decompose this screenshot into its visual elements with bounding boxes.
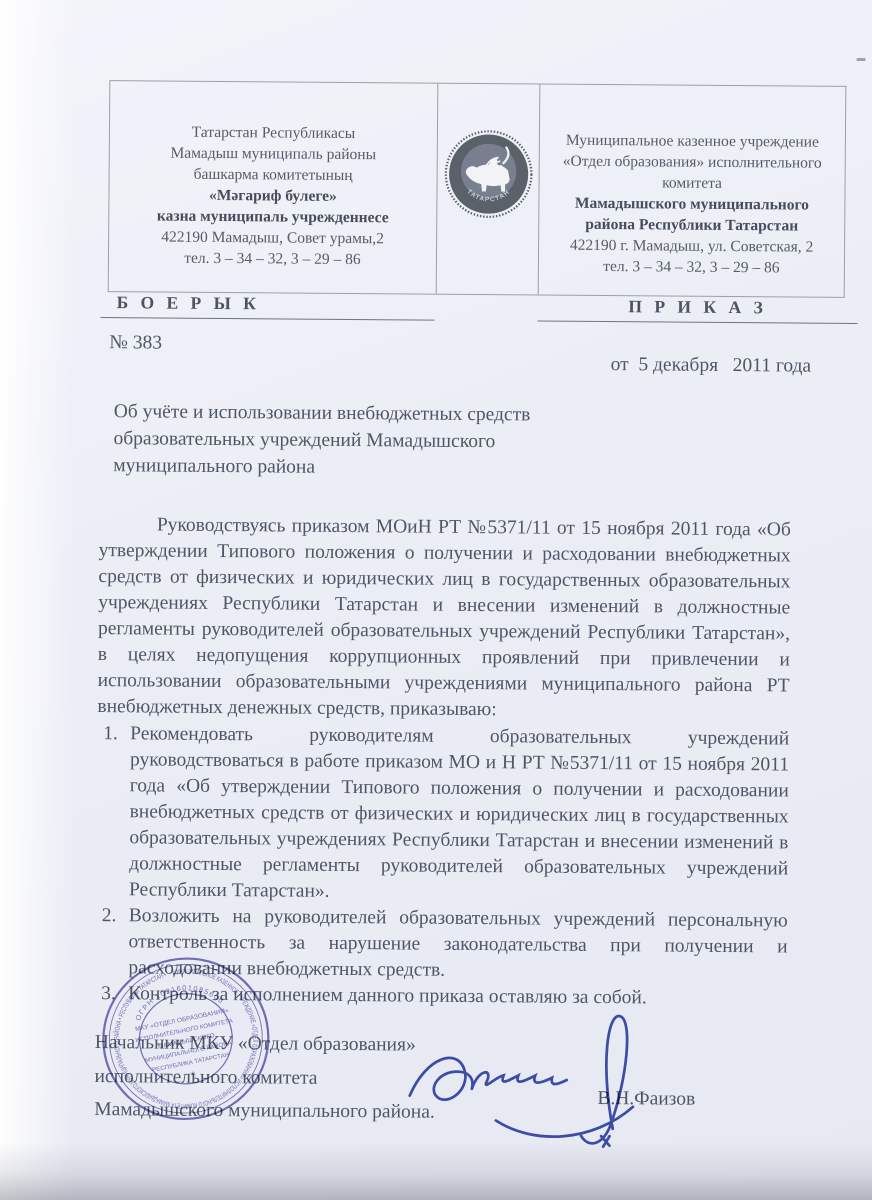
letterhead-line: Мамадышского муниципального (539, 193, 844, 216)
letterhead-line: Татарстан Республикасы (110, 121, 437, 145)
order-date: от 5 декабря 2011 года (611, 354, 812, 378)
handwritten-signature (393, 994, 671, 1154)
letterhead-line: тел. 3 – 34 – 32, 3 – 29 – 86 (109, 247, 436, 271)
letterhead-line: казна муниципаль учрежденнесе (109, 205, 436, 229)
official-round-stamp: МУНИЦИПАЛЬНОЕ КАЗЕННОЕ УЧРЕЖДЕНИЕ «ОТДЕЛ… (85, 940, 287, 1138)
letterhead-russian-block: Муниципальное казенное учреждение «Отдел… (539, 85, 846, 297)
letterhead-tatar-block: Татарстан Республикасы Мамадыш муниципал… (109, 81, 438, 294)
document-type-row: Б О Е Р Ы К П Р И К А З (100, 292, 857, 324)
scan-artifact-mark (857, 58, 866, 61)
letterhead-line: тел. 3 – 34 – 32, 3 – 29 – 86 (539, 256, 844, 279)
letterhead-line: башкарма комитетының (110, 163, 437, 187)
letterhead-line: 422190 г. Мамадыш, ул. Советская, 2 (539, 235, 844, 258)
scanned-order-document: Татарстан Республикасы Мамадыш муниципал… (0, 0, 872, 1200)
tatarstan-coat-of-arms-icon: ТАТАРСТАН (442, 128, 535, 221)
title-boeryk: Б О Е Р Ы К (100, 292, 434, 321)
letterhead-table: Татарстан Республикасы Мамадыш муниципал… (108, 80, 847, 298)
subject-line: муниципального района (113, 452, 530, 482)
paper-sheet: Татарстан Республикасы Мамадыш муниципал… (0, 0, 872, 1200)
letterhead-line: Мамадыш муниципаль районы (110, 142, 437, 166)
letterhead-line: «Мәгариф булеге» (109, 184, 436, 208)
letterhead-line: Муниципальное казенное учреждение (540, 130, 845, 153)
order-number: № 383 (109, 332, 162, 354)
subject-line: Об учёте и использовании внебюджетных ср… (114, 398, 531, 428)
order-item: Рекомендовать руководителям образователь… (96, 721, 789, 908)
title-prikaz: П Р И К А З (537, 295, 857, 324)
subject-line: образовательных учреждений Мамадышского (113, 425, 530, 455)
order-body: Руководствуясь приказом МОиН РТ №5371/11… (95, 512, 791, 1012)
order-subject: Об учёте и использовании внебюджетных ср… (113, 398, 530, 482)
letterhead-line: «Отдел образования» исполнительного (540, 151, 845, 174)
letterhead-line: района Республики Татарстан (539, 214, 844, 237)
letterhead-emblem-cell: ТАТАРСТАН (436, 84, 541, 295)
svg-text:✶: ✶ (189, 1069, 197, 1079)
letterhead-line: комитета (539, 172, 844, 195)
letterhead-line: 422190 Мамадыш, Совет урамы,2 (109, 226, 436, 250)
order-intro-paragraph: Руководствуясь приказом МОиН РТ №5371/11… (97, 512, 791, 725)
